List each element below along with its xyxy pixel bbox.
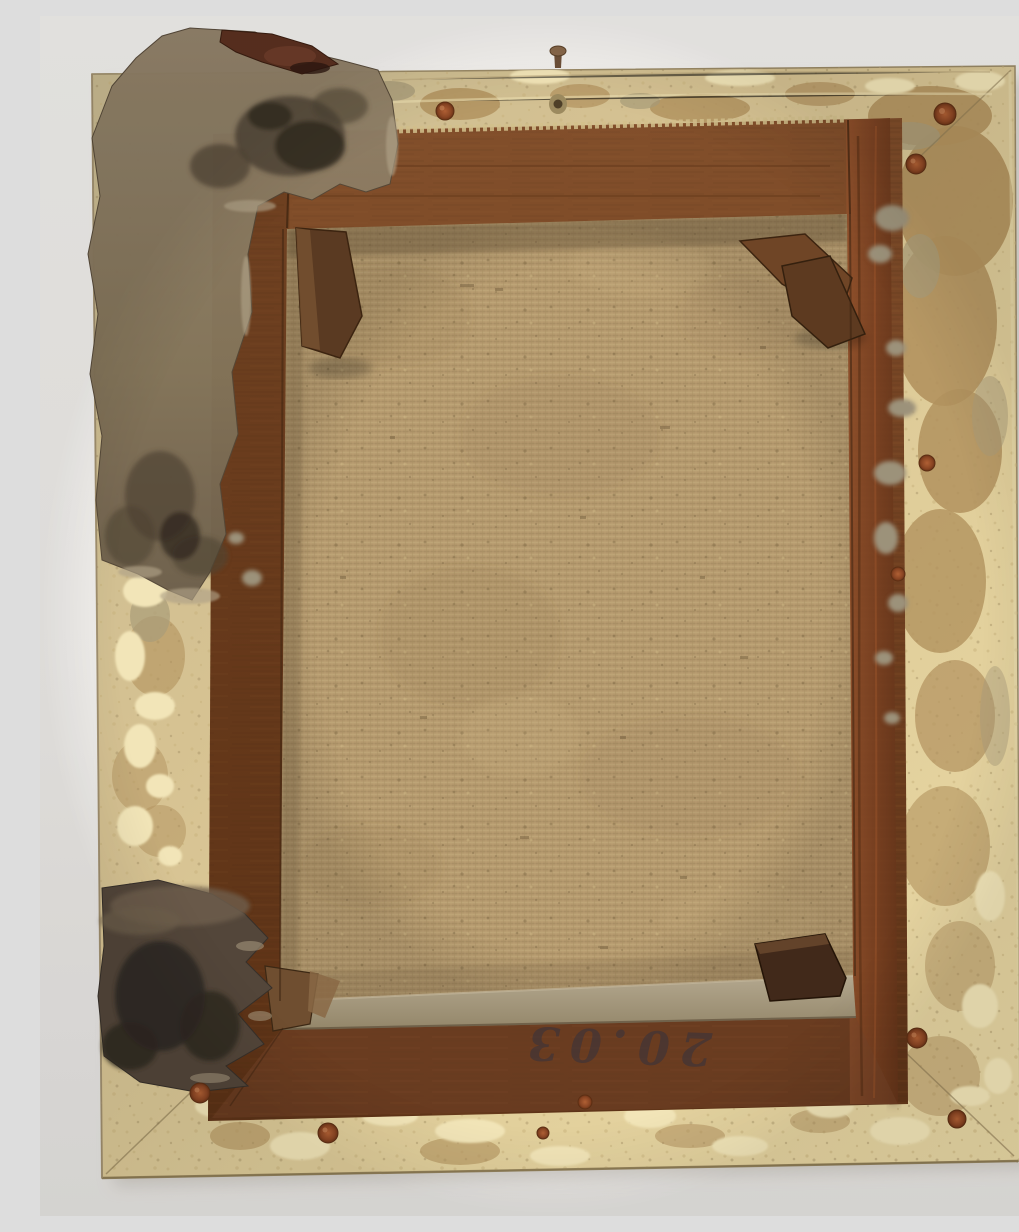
photo-antique-painting-back: 20.03 xyxy=(40,16,1019,1216)
photo-vignette xyxy=(40,16,1019,1216)
